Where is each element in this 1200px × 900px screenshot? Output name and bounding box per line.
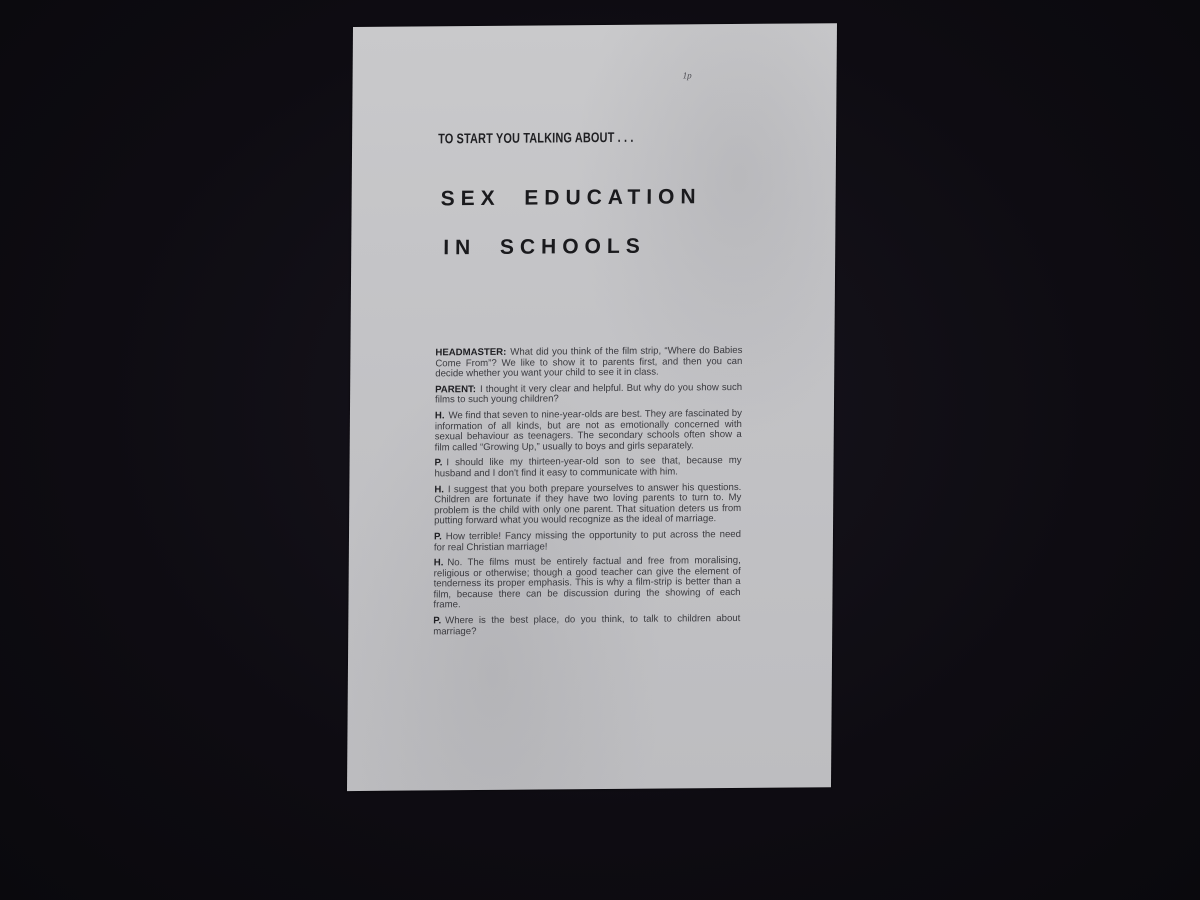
dialogue-turn: H.No. The films must be entirely factual… (433, 556, 740, 611)
speaker-label: P. (434, 531, 442, 542)
turn-text: Where is the best place, do you think, t… (433, 613, 740, 637)
speaker-label: H. (434, 484, 444, 495)
turn-text: I thought it very clear and helpful. But… (435, 382, 742, 406)
dialogue-turn: P.How terrible! Fancy missing the opport… (434, 530, 741, 554)
turn-text: No. The films must be entirely factual a… (433, 555, 740, 611)
dialogue-turn: PARENT:I thought it very clear and helpf… (435, 383, 742, 407)
speaker-label: H. (435, 410, 445, 421)
title-line-2: IN SCHOOLS (443, 235, 646, 261)
dialogue-turn: P.I should like my thirteen-year-old son… (434, 456, 741, 480)
turn-text: We find that seven to nine-year-olds are… (435, 408, 742, 453)
leaflet-page: 1p TO START YOU TALKING ABOUT . . . SEX … (347, 23, 837, 791)
speaker-label: PARENT: (435, 384, 476, 395)
turn-text: I should like my thirteen-year-old son t… (434, 455, 741, 479)
title-line-1: SEX EDUCATION (441, 185, 702, 211)
dialogue-turn: P.Where is the best place, do you think,… (433, 614, 740, 638)
dialogue-turn: HEADMASTER:What did you think of the fil… (435, 346, 742, 380)
kicker-heading: TO START YOU TALKING ABOUT . . . (438, 129, 634, 147)
turn-text: I suggest that you both prepare yourselv… (434, 481, 741, 526)
speaker-label: H. (434, 557, 444, 568)
price-mark: 1p (683, 70, 692, 80)
dialogue-turn: H.I suggest that you both prepare yourse… (434, 482, 741, 527)
dialogue-turn: H.We find that seven to nine-year-olds a… (435, 409, 742, 454)
dialogue-body: HEADMASTER:What did you think of the fil… (433, 346, 742, 643)
speaker-label: P. (433, 615, 441, 626)
turn-text: How terrible! Fancy missing the opportun… (434, 529, 741, 553)
speaker-label: P. (435, 458, 443, 469)
